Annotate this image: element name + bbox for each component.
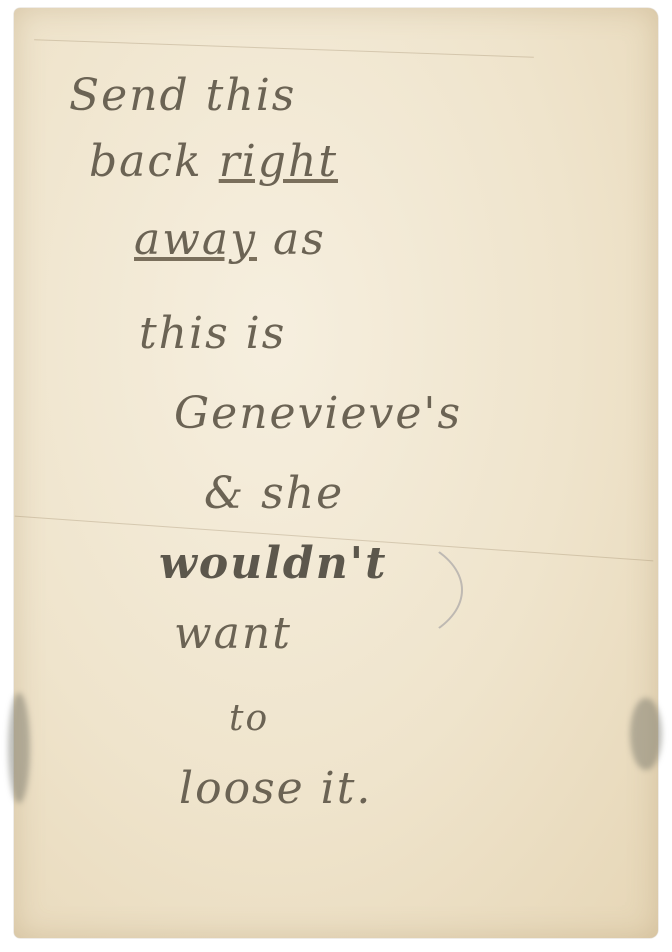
note-line-8: want (174, 608, 292, 659)
note-line-1: Send this (69, 70, 296, 121)
note-line-10: loose it. (179, 763, 372, 814)
water-stain-left (8, 693, 30, 803)
note-line-4: this is (139, 308, 286, 359)
water-stain-right (630, 698, 662, 770)
word-right: right (219, 136, 338, 187)
note-line-3: away as (134, 214, 326, 265)
word-as: as (257, 214, 326, 265)
note-line-9: to (229, 698, 269, 739)
word-away: away (134, 214, 257, 265)
crease (34, 39, 534, 57)
note-line-7: wouldn't (159, 538, 387, 589)
handwritten-card: Send this back right away as this is Gen… (14, 8, 658, 938)
word-back: back (89, 136, 219, 187)
note-line-6: & she (204, 468, 344, 519)
note-line-5: Genevieve's (174, 388, 462, 439)
note-line-2: back right (89, 136, 338, 187)
